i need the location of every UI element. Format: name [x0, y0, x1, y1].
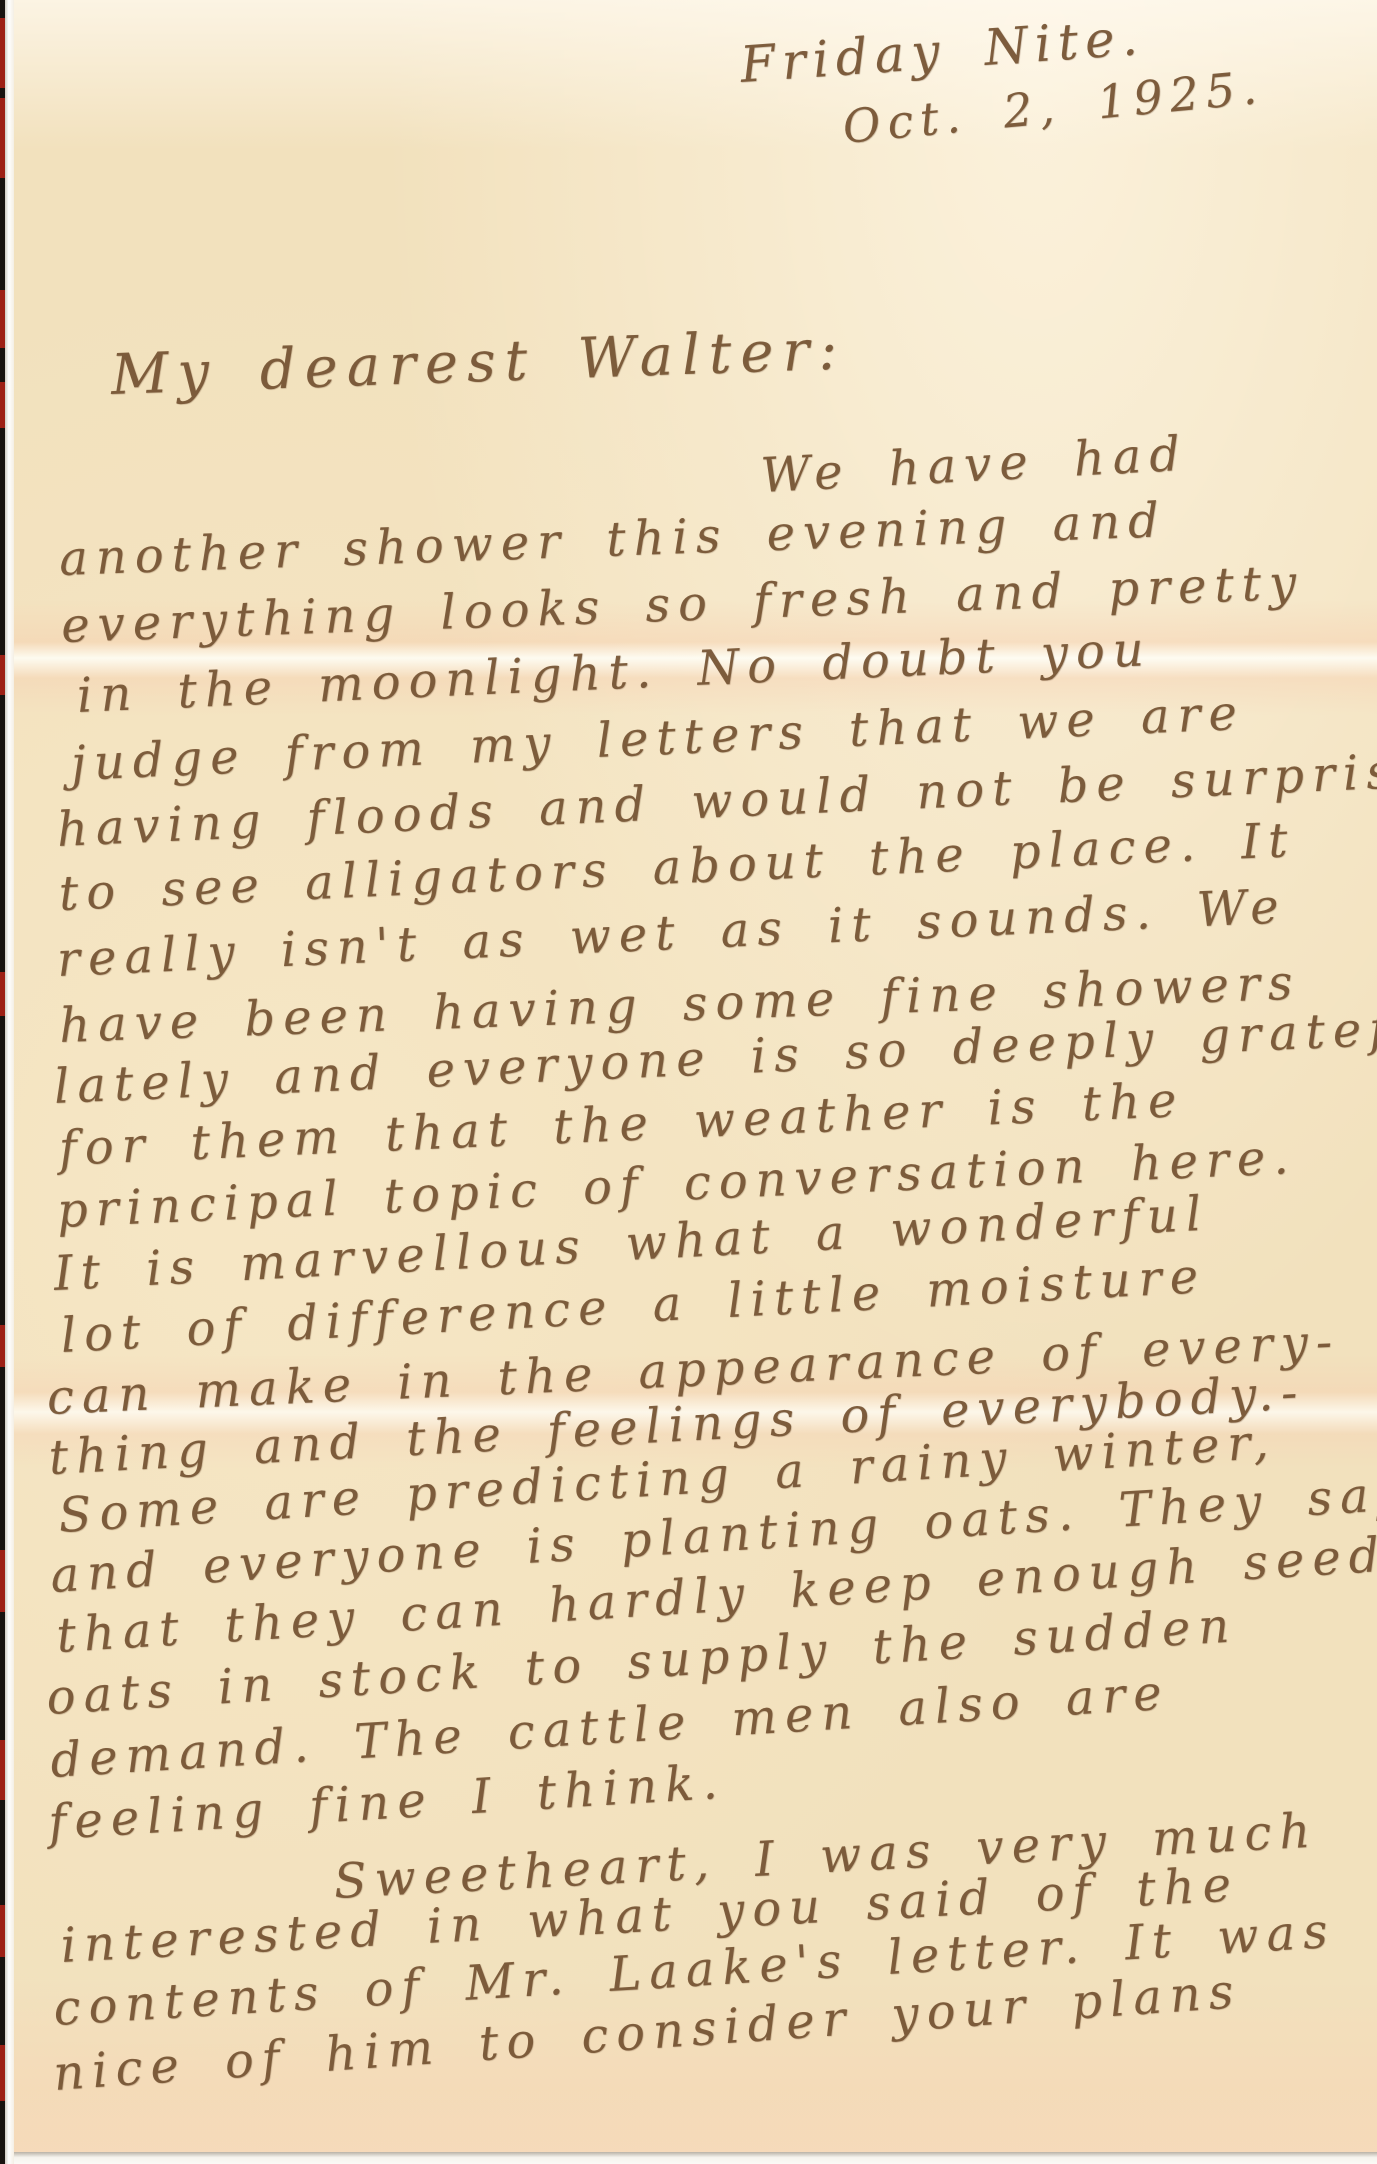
- scan-gutter: [5, 0, 14, 2164]
- scanned-letter-page: Friday Nite. Oct. 2, 1925. My dearest Wa…: [0, 0, 1377, 2164]
- paper-bottom-shadow: [14, 2152, 1377, 2164]
